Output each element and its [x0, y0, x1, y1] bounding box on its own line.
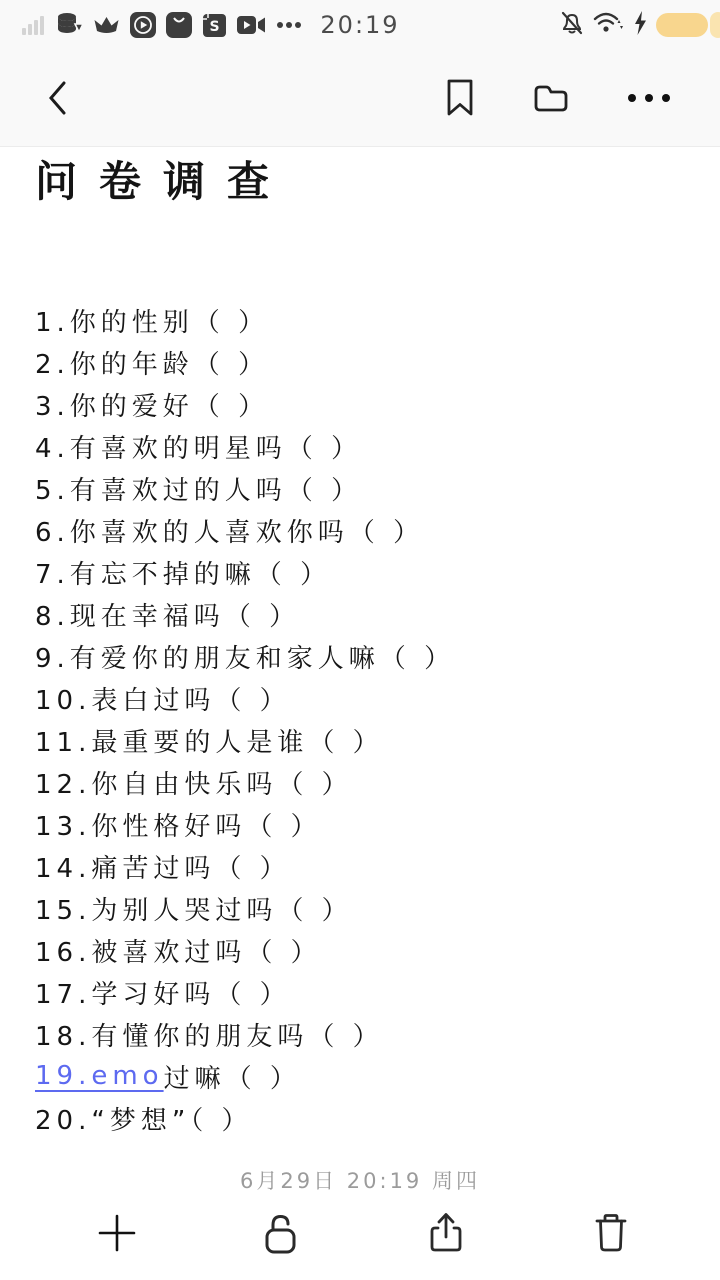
note-line-text: 7.有忘不掉的嘛（ ） — [35, 554, 331, 591]
status-system-icons — [559, 10, 720, 40]
note-line[interactable]: 14.痛苦过吗（ ） — [35, 845, 685, 887]
note-line[interactable]: 6.你喜欢的人喜欢你吗（ ） — [35, 509, 685, 551]
note-line-text: 9.有爱你的朋友和家人嘛（ ） — [35, 638, 455, 675]
note-line[interactable]: 12.你自由快乐吗（ ） — [35, 761, 685, 803]
note-line[interactable]: 2.你的年龄（ ） — [35, 341, 685, 383]
note-line-text: 17.学习好吗（ ） — [35, 974, 291, 1011]
notes-app-screen: S 20:19 — [0, 0, 720, 1280]
note-line-text: 12.你自由快乐吗（ ） — [35, 764, 353, 801]
add-note-button[interactable] — [94, 1210, 140, 1256]
note-line[interactable]: 17.学习好吗（ ） — [35, 971, 685, 1013]
status-bar: S 20:19 — [0, 0, 720, 50]
note-line-text: 6.你喜欢的人喜欢你吗（ ） — [35, 512, 424, 549]
note-line-text: 1.你的性别（ ） — [35, 302, 269, 339]
note-line[interactable]: 18.有懂你的朋友吗（ ） — [35, 1013, 685, 1055]
back-button[interactable] — [44, 79, 72, 117]
note-line-text: 5.有喜欢过的人吗（ ） — [35, 470, 362, 507]
top-chrome: S 20:19 — [0, 0, 720, 147]
note-line-text: 13.你性格好吗（ ） — [35, 806, 322, 843]
note-line[interactable]: 5.有喜欢过的人吗（ ） — [35, 467, 685, 509]
note-line-text: 11.最重要的人是谁（ ） — [35, 722, 384, 759]
bottom-toolbar — [0, 1196, 720, 1280]
note-line-text: 10.表白过吗（ ） — [35, 680, 291, 717]
charging-bolt-icon — [633, 10, 648, 40]
crown-icon — [93, 14, 120, 37]
note-line[interactable]: 8.现在幸福吗（ ） — [35, 593, 685, 635]
note-title[interactable]: 问卷调查 — [35, 151, 685, 213]
note-line-text: 2.你的年龄（ ） — [35, 344, 269, 381]
note-editor[interactable]: 问卷调查 1.你的性别（ ）2.你的年龄（ ）3.你的爱好（ ）4.有喜欢的明星… — [0, 147, 720, 1196]
s-app-icon: S — [202, 13, 227, 38]
note-questions: 1.你的性别（ ）2.你的年龄（ ）3.你的爱好（ ）4.有喜欢的明星吗（ ）5… — [35, 299, 685, 1139]
note-line[interactable]: 13.你性格好吗（ ） — [35, 803, 685, 845]
folder-button[interactable] — [532, 82, 570, 114]
note-line[interactable]: 16.被喜欢过吗（ ） — [35, 929, 685, 971]
svg-text:S: S — [209, 19, 219, 35]
note-line[interactable]: 7.有忘不掉的嘛（ ） — [35, 551, 685, 593]
share-button[interactable] — [423, 1210, 469, 1256]
note-line[interactable]: 9.有爱你的朋友和家人嘛（ ） — [35, 635, 685, 677]
note-line[interactable]: 11.最重要的人是谁（ ） — [35, 719, 685, 761]
note-line[interactable]: 3.你的爱好（ ） — [35, 383, 685, 425]
trash-button[interactable] — [588, 1210, 634, 1256]
note-line[interactable]: 1.你的性别（ ） — [35, 299, 685, 341]
note-line-text: 14.痛苦过吗（ ） — [35, 848, 291, 885]
note-line[interactable]: 4.有喜欢的明星吗（ ） — [35, 425, 685, 467]
more-notifications-icon — [276, 21, 302, 29]
note-line-text: 16.被喜欢过吗（ ） — [35, 932, 322, 969]
note-line-text: 8.现在幸福吗（ ） — [35, 596, 300, 633]
status-time: 20:19 — [320, 11, 399, 39]
shopping-bag-icon — [166, 12, 192, 38]
signal-bars-icon — [22, 15, 46, 35]
note-line[interactable]: 19.emo过嘛（ ） — [35, 1055, 685, 1097]
note-line-text: 15.为别人哭过吗（ ） — [35, 890, 353, 927]
more-button[interactable] — [626, 93, 672, 103]
video-player-icon — [130, 12, 156, 38]
status-notification-icons: S — [22, 12, 302, 38]
bookmark-button[interactable] — [444, 78, 476, 118]
nav-bar — [0, 50, 720, 146]
note-line-text: 4.有喜欢的明星吗（ ） — [35, 428, 362, 465]
wifi-icon — [593, 10, 625, 40]
note-line-text: 过嘛（ ） — [164, 1058, 301, 1095]
note-line[interactable]: 20.“梦想”（ ） — [35, 1097, 685, 1139]
video-call-icon — [237, 14, 266, 36]
mute-bell-icon — [559, 10, 585, 40]
note-line-text: 20.“梦想”（ ） — [35, 1100, 253, 1137]
note-line[interactable]: 15.为别人哭过吗（ ） — [35, 887, 685, 929]
battery-edge-icon — [710, 12, 720, 38]
battery-icon — [656, 13, 708, 37]
note-line-text: 18.有懂你的朋友吗（ ） — [35, 1016, 384, 1053]
note-line-text: 3.你的爱好（ ） — [35, 386, 269, 423]
note-timestamp: 6月29日 20:19 周四 — [35, 1165, 685, 1195]
emo-link[interactable]: 19.emo — [35, 1061, 164, 1091]
storage-alert-icon — [56, 12, 83, 38]
note-line[interactable]: 10.表白过吗（ ） — [35, 677, 685, 719]
unlock-button[interactable] — [259, 1210, 305, 1256]
